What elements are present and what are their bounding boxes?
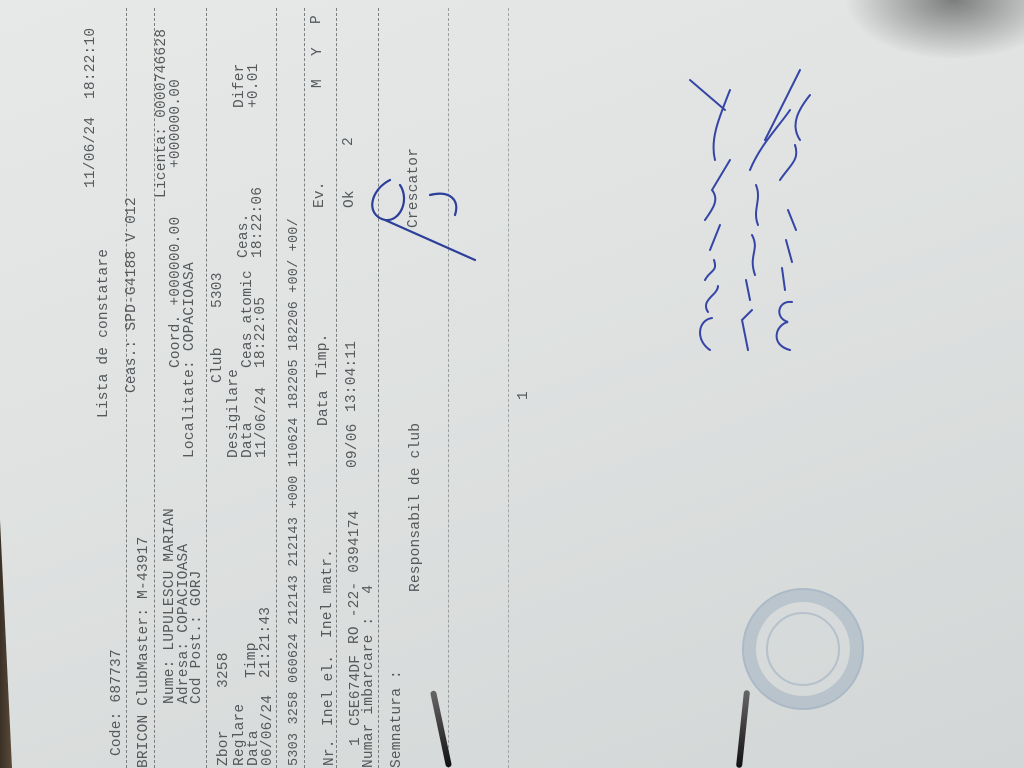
semnatura-label: Semnatura : <box>391 670 404 768</box>
clubmaster-line: BRICON ClubMaster: M-43917 <box>138 537 151 768</box>
zbor-value: 3258 <box>218 652 231 688</box>
reglare-data: 06/06/24 <box>262 695 275 766</box>
zbor-label: Zbor <box>218 730 231 766</box>
table-header-data: Data <box>318 390 331 426</box>
flight-code-line: 5303 3258 060624 212143 212143 +000 1106… <box>288 218 301 766</box>
responsabil-label: Responsabil de club <box>410 423 423 592</box>
table-header-p: P <box>311 15 324 24</box>
desigilare-data: 11/06/24 <box>256 387 269 458</box>
table-header-timp: Timp. <box>317 333 330 378</box>
club-stamp <box>742 588 864 710</box>
row-m: 2 <box>343 137 356 146</box>
divider <box>336 8 337 768</box>
row-data: 09/06 <box>347 423 360 468</box>
club-value: 5303 <box>212 272 225 308</box>
code-line: Code: 687737 <box>111 649 124 756</box>
row-timp: 13:04:11 <box>346 341 359 412</box>
print-date: 11/06/24 18:22:10 <box>85 28 98 188</box>
table-header-m: M <box>312 79 325 88</box>
crescator-signature <box>360 160 490 270</box>
difer: +0.01 <box>248 63 261 108</box>
owner-postcode: Cod Post.: GORJ <box>191 570 204 704</box>
table-header-inel-el: Inel el. <box>323 655 336 726</box>
coord-2: +000000.00 <box>170 79 183 168</box>
divider <box>304 8 305 768</box>
table-header-inel-matr: Inel matr. <box>322 549 335 638</box>
row-ev: Ok <box>344 190 357 208</box>
ceas-line: Ceas.: SPD-G4188 V 012 <box>126 197 139 393</box>
ceas2: 18:22:06 <box>252 187 265 258</box>
handwritten-names <box>670 50 840 370</box>
reglare-timp: 21:21:43 <box>260 607 273 678</box>
table-header-y: Y <box>312 47 325 56</box>
numar-imbarcare: Numar imbarcare : 4 <box>363 585 376 768</box>
constatare-receipt: Code: 687737 Lista de constatare 11/06/2… <box>0 0 558 768</box>
divider <box>378 8 379 768</box>
divider <box>508 8 509 768</box>
ceas-atomic: 18:22:05 <box>255 297 268 368</box>
club-label: Club <box>212 347 225 383</box>
document-title: Lista de constatare <box>98 249 111 418</box>
divider <box>276 8 277 768</box>
divider <box>448 8 449 768</box>
stamp-inner-ring <box>766 612 840 686</box>
table-header-ev: Ev. <box>314 181 327 208</box>
page-number: 1 <box>518 391 531 400</box>
divider <box>206 8 207 768</box>
localitate-line: Localitate: COPACIOASA <box>184 262 197 458</box>
